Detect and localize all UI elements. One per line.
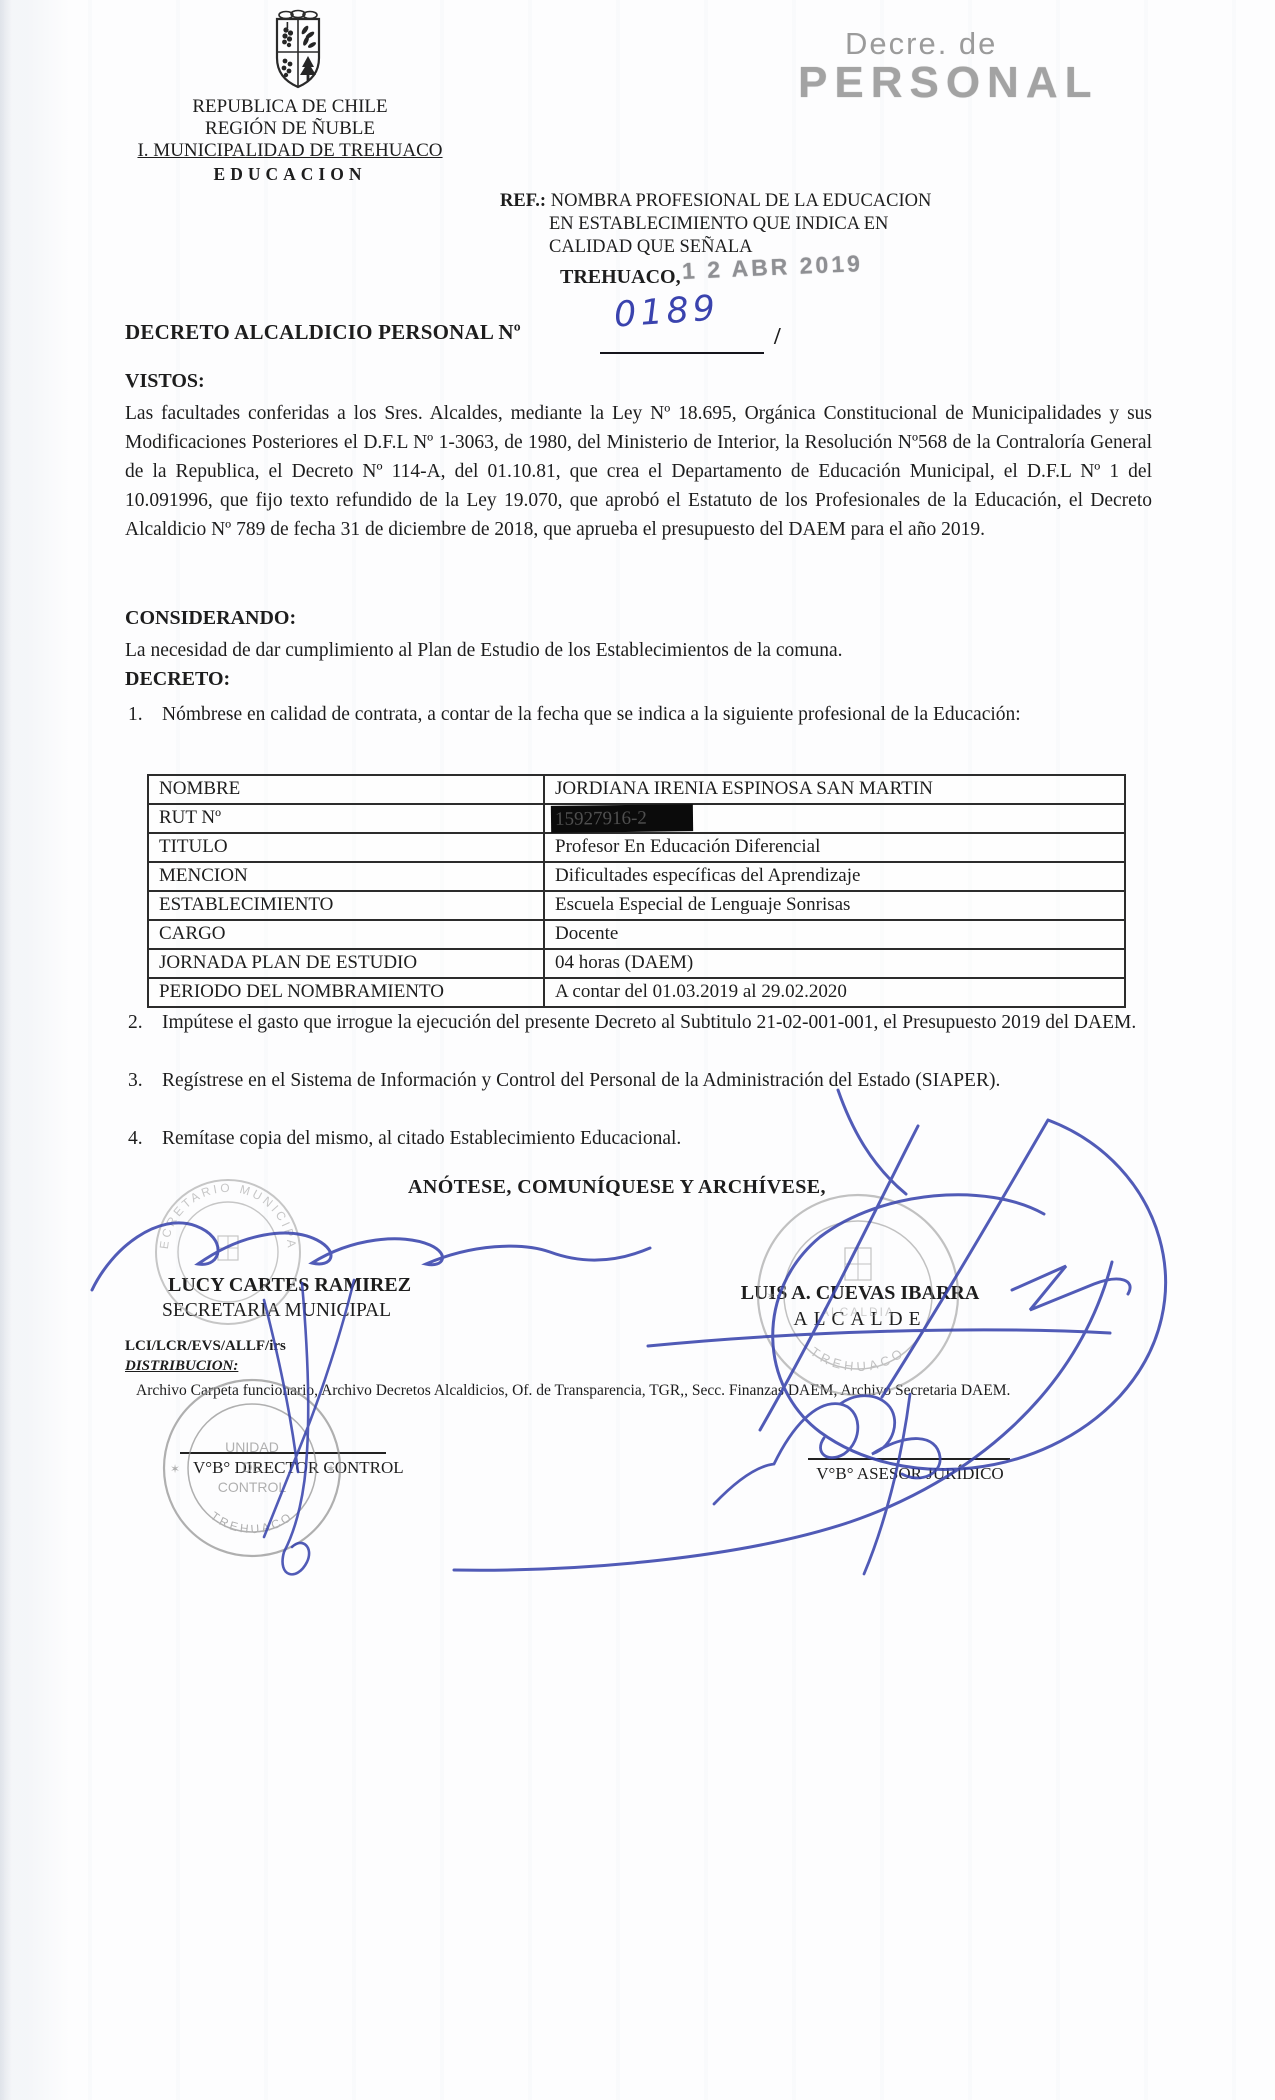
row-value: Escuela Especial de Lenguaje Sonrisas <box>545 892 1124 919</box>
considerando-body: La necesidad de dar cumplimiento al Plan… <box>125 636 1152 665</box>
row-value: Dificultades específicas del Aprendizaje <box>545 863 1124 890</box>
row-value: Docente <box>545 921 1124 948</box>
row-label: JORNADA PLAN DE ESTUDIO <box>149 950 545 977</box>
mayor-signature-block: LUIS A. CUEVAS IBARRA ALCALDE <box>655 1282 1065 1331</box>
decree-type-stamp-line2: PERSONAL <box>798 58 1098 108</box>
control-stamp-line3: CONTROL <box>218 1479 287 1495</box>
table-row: TITULOProfesor En Educación Diferencial <box>149 834 1124 863</box>
row-label: NOMBRE <box>149 776 545 803</box>
decree-type-stamp-line1: Decre. de <box>845 26 997 62</box>
item-2-text: Impútese el gasto que irrogue la ejecuci… <box>162 1008 1154 1037</box>
vb-control-label: V°B° DIRECTOR CONTROL <box>193 1458 404 1478</box>
place-label: TREHUACO, <box>560 266 681 289</box>
mayor-stamp-ring-bottom: TREHUACO <box>808 1344 909 1374</box>
table-row: ESTABLECIMIENTOEscuela Especial de Lengu… <box>149 892 1124 921</box>
secretary-name: LUCY CARTES RAMIREZ <box>168 1274 411 1297</box>
row-label: RUT Nº <box>149 805 545 832</box>
appointment-table: NOMBREJORDIANA IRENIA ESPINOSA SAN MARTI… <box>147 774 1126 1008</box>
secretary-ink-scribble <box>264 1280 354 1574</box>
ref-line-2: EN ESTABLECIMIENTO QUE INDICA EN <box>549 213 888 236</box>
svg-text:TREHUACO: TREHUACO <box>808 1344 909 1374</box>
decree-number-slash: / <box>774 324 781 351</box>
header-region: REGIÓN DE ÑUBLE <box>88 118 492 140</box>
secretary-title: SECRETARIA MUNICIPAL <box>162 1300 391 1322</box>
mayor-name: LUIS A. CUEVAS IBARRA <box>655 1282 1065 1305</box>
document-page: REPUBLICA DE CHILE REGIÓN DE ÑUBLE I. MU… <box>0 0 1275 2100</box>
drafting-initials: LCI/LCR/EVS/ALLF/irs <box>125 1338 286 1355</box>
row-label: MENCION <box>149 863 545 890</box>
header-department: EDUCACION <box>88 163 492 185</box>
ref-line-1: REF.: NOMBRA PROFESIONAL DE LA EDUCACION <box>500 190 931 213</box>
decree-item-2: 2. Impútese el gasto que irrogue la ejec… <box>128 1008 1154 1037</box>
redacted-rut-value: 15927916-2 <box>551 804 693 833</box>
vb-control-line <box>180 1452 386 1454</box>
item-3-number: 3. <box>128 1066 150 1095</box>
row-value: JORDIANA IRENIA ESPINOSA SAN MARTIN <box>545 776 1124 803</box>
item-1-text: Nómbrese en calidad de contrata, a conta… <box>162 700 1154 729</box>
row-value: Profesor En Educación Diferencial <box>545 834 1124 861</box>
row-value: 15927916-2 <box>545 805 1124 832</box>
considerando-heading: CONSIDERANDO: <box>125 607 296 630</box>
table-row: RUT Nº15927916-2 <box>149 805 1124 834</box>
ref-label: REF.: <box>500 191 546 211</box>
svg-text:TREHUACO: TREHUACO <box>208 1509 296 1536</box>
mayor-title: ALCALDE <box>655 1309 1065 1331</box>
decree-item-4: 4. Remítase copia del mismo, al citado E… <box>128 1124 1154 1153</box>
row-label: PERIODO DEL NOMBRAMIENTO <box>149 979 545 1006</box>
vb-legal-label: V°B° ASESOR JURÍDICO <box>802 1464 1018 1484</box>
decree-number-handwritten: 0189 <box>613 288 721 335</box>
header-block: REPUBLICA DE CHILE REGIÓN DE ÑUBLE I. MU… <box>88 96 492 185</box>
vb-legal-line <box>808 1458 1010 1460</box>
row-value: 04 horas (DAEM) <box>545 950 1124 977</box>
item-4-text: Remítase copia del mismo, al citado Esta… <box>162 1124 1154 1153</box>
control-stamp-star-left: ✶ <box>170 1462 180 1476</box>
decree-number-label: DECRETO ALCALDICIO PERSONAL Nº <box>125 320 521 345</box>
item-4-number: 4. <box>128 1124 150 1153</box>
item-3-text: Regístrese en el Sistema de Información … <box>162 1066 1154 1095</box>
closing-formula: ANÓTESE, COMUNÍQUESE Y ARCHÍVESE, <box>187 1176 1047 1199</box>
distribution-list: Archivo Carpeta funcionario, Archivo Dec… <box>136 1382 1182 1400</box>
vistos-body: Las facultades conferidas a los Sres. Al… <box>125 399 1152 544</box>
table-row: MENCIONDificultades específicas del Apre… <box>149 863 1124 892</box>
control-stamp-ring-bottom: TREHUACO <box>208 1509 296 1536</box>
distribution-label: DISTRIBUCION: <box>125 1358 238 1375</box>
table-row: CARGODocente <box>149 921 1124 950</box>
decree-item-1: 1. Nómbrese en calidad de contrata, a co… <box>128 700 1154 729</box>
item-2-number: 2. <box>128 1008 150 1037</box>
header-municipality: I. MUNICIPALIDAD DE TREHUACO <box>88 140 492 162</box>
decree-item-3: 3. Regístrese en el Sistema de Informaci… <box>128 1066 1154 1095</box>
ref-text-1: NOMBRA PROFESIONAL DE LA EDUCACION <box>551 191 932 211</box>
row-label: CARGO <box>149 921 545 948</box>
table-row: NOMBREJORDIANA IRENIA ESPINOSA SAN MARTI… <box>149 776 1124 805</box>
legal-advisor-ink-signature <box>714 1394 940 1574</box>
vistos-heading: VISTOS: <box>125 370 205 393</box>
row-label: TITULO <box>149 834 545 861</box>
row-label: ESTABLECIMIENTO <box>149 892 545 919</box>
item-1-number: 1. <box>128 700 150 729</box>
decreto-heading: DECRETO: <box>125 668 230 691</box>
table-row: PERIODO DEL NOMBRAMIENTOA contar del 01.… <box>149 979 1124 1006</box>
table-row: JORNADA PLAN DE ESTUDIO04 horas (DAEM) <box>149 950 1124 979</box>
header-country: REPUBLICA DE CHILE <box>88 96 492 118</box>
row-value: A contar del 01.03.2019 al 29.02.2020 <box>545 979 1124 1006</box>
coat-of-arms-icon <box>246 6 350 96</box>
